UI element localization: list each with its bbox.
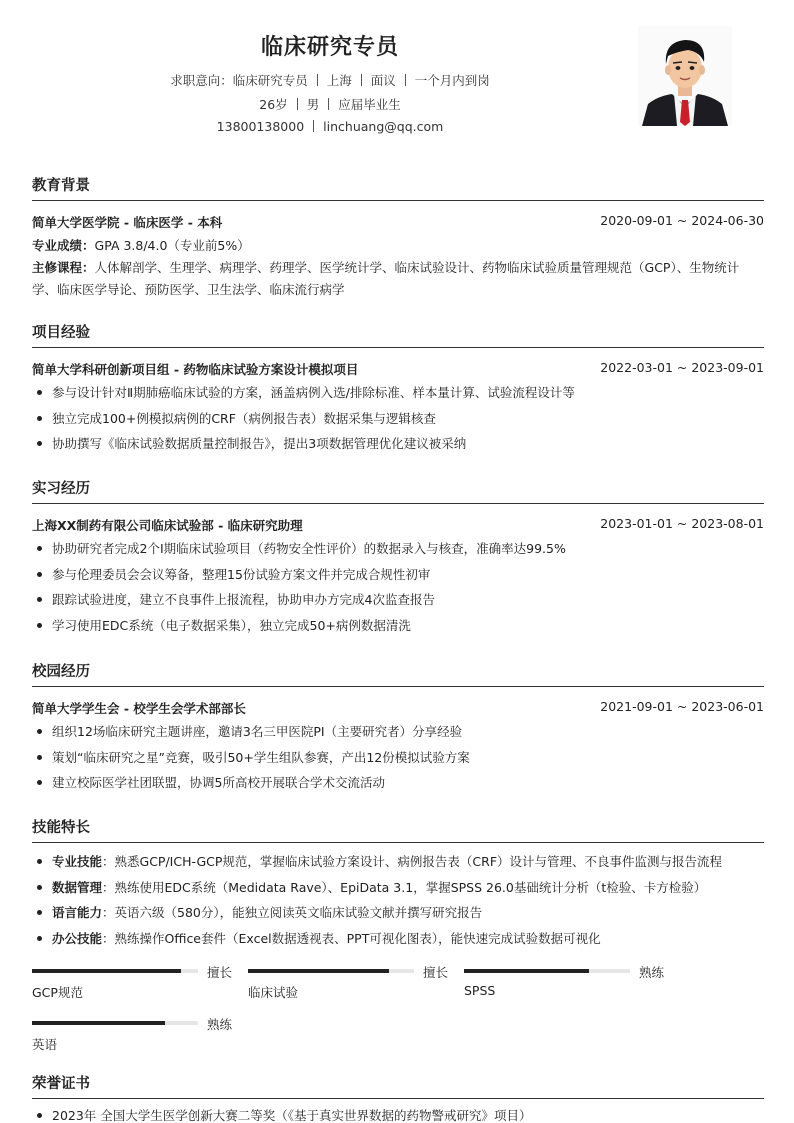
section-title: 技能特长 xyxy=(32,816,764,843)
school-degree: 简单大学医学院 - 临床医学 - 本科 xyxy=(32,213,222,231)
skill-level: 熟练 xyxy=(207,1015,232,1033)
internship-section: 实习经历 上海XX制药有限公司临床试验部 - 临床研究助理 2023-01-01… xyxy=(32,477,764,638)
honors-bullets: 2023年 全国大学生医学创新大赛二等奖（《基于真实世界数据的药物警戒研究》项目… xyxy=(32,1103,764,1123)
skill-text: ：熟悉GCP/ICH-GCP规范，掌握临床试验方案设计、病例报告表（CRF）设计… xyxy=(102,854,722,869)
list-item: 2023年 全国大学生医学创新大赛二等奖（《基于真实世界数据的药物警戒研究》项目… xyxy=(32,1103,764,1123)
avatar-portrait-icon xyxy=(638,26,732,126)
divider xyxy=(328,98,329,110)
divider xyxy=(313,120,314,132)
list-item: 协助研究者完成2个Ⅰ期临床试验项目（药物安全性评价）的数据录入与核查，准确率达9… xyxy=(32,536,764,562)
date-range: 2022-03-01 ~ 2023-09-01 xyxy=(600,360,764,378)
progress-track xyxy=(464,969,630,973)
skill-level: 熟练 xyxy=(639,963,664,981)
divider xyxy=(297,98,298,110)
section-title: 荣誉证书 xyxy=(32,1072,764,1099)
skill-name: GCP规范 xyxy=(32,983,83,1001)
resume-header: 临床研究专员 求职意向：临床研究专员上海面议一个月内到岗 26岁男应届毕业生 1… xyxy=(0,0,794,150)
avatar xyxy=(638,26,732,126)
salary: 面议 xyxy=(371,73,396,88)
divider xyxy=(317,74,318,86)
candidate-title: 临床研究专员 xyxy=(0,30,660,61)
skill-text: ：英语六级（580分），能独立阅读英文临床试验文献并撰写研究报告 xyxy=(102,905,482,920)
section-title: 项目经验 xyxy=(32,321,764,348)
honors-section: 荣誉证书 2023年 全国大学生医学创新大赛二等奖（《基于真实世界数据的药物警戒… xyxy=(32,1072,764,1123)
list-item: 策划“临床研究之星”竞赛，吸引50+学生组队参赛，产出12份模拟试验方案 xyxy=(32,745,764,771)
phone: 13800138000 xyxy=(217,119,304,134)
project-name: 简单大学科研创新项目组 - 药物临床试验方案设计模拟项目 xyxy=(32,360,358,378)
skill-bars: 擅长 GCP规范 擅长 临床试验 熟练 SPSS 熟练 英语 xyxy=(32,955,764,1065)
skills-section: 技能特长 专业技能：熟悉GCP/ICH-GCP规范，掌握临床试验方案设计、病例报… xyxy=(32,816,764,1065)
campus-entry-header: 简单大学学生会 - 校学生会学术部部长 2021-09-01 ~ 2023-06… xyxy=(32,699,764,717)
progress-track xyxy=(248,969,414,973)
education-section: 教育背景 简单大学医学院 - 临床医学 - 本科 2020-09-01 ~ 20… xyxy=(32,174,764,301)
section-title: 教育背景 xyxy=(32,174,764,201)
skill-text: ：熟练使用EDC系统（Medidata Rave）、EpiData 3.1，掌握… xyxy=(102,880,706,895)
internship-bullets: 协助研究者完成2个Ⅰ期临床试验项目（药物安全性评价）的数据录入与核查，准确率达9… xyxy=(32,536,764,638)
divider xyxy=(405,74,406,86)
section-title: 实习经历 xyxy=(32,477,764,504)
skill-name: SPSS xyxy=(464,983,495,998)
section-title: 校园经历 xyxy=(32,660,764,687)
project-entry-header: 简单大学科研创新项目组 - 药物临床试验方案设计模拟项目 2022-03-01 … xyxy=(32,360,764,378)
progress-fill xyxy=(32,1021,165,1025)
list-item: 数据管理：熟练使用EDC系统（Medidata Rave）、EpiData 3.… xyxy=(32,875,764,901)
campus-section: 校园经历 简单大学学生会 - 校学生会学术部部长 2021-09-01 ~ 20… xyxy=(32,660,764,796)
skill-label: 办公技能 xyxy=(52,931,102,946)
skills-bullets: 专业技能：熟悉GCP/ICH-GCP规范，掌握临床试验方案设计、病例报告表（CR… xyxy=(32,849,764,951)
education-entry-header: 简单大学医学院 - 临床医学 - 本科 2020-09-01 ~ 2024-06… xyxy=(32,213,764,231)
campus-bullets: 组织12场临床研究主题讲座，邀请3名三甲医院PI（主要研究者）分享经验 策划“临… xyxy=(32,719,764,796)
skill-name: 英语 xyxy=(32,1035,57,1053)
courses-label: 主修课程： xyxy=(32,260,95,275)
skill-text: ：熟练操作Office套件（Excel数据透视表、PPT可视化图表），能快速完成… xyxy=(102,931,601,946)
progress-fill xyxy=(248,969,389,973)
organization-role: 简单大学学生会 - 校学生会学术部部长 xyxy=(32,699,246,717)
availability: 一个月内到岗 xyxy=(415,73,490,88)
status: 应届毕业生 xyxy=(338,97,401,112)
company-role: 上海XX制药有限公司临床试验部 - 临床研究助理 xyxy=(32,516,303,534)
list-item: 参与设计针对Ⅱ期肺癌临床试验的方案，涵盖病例入选/排除标准、样本量计算、试验流程… xyxy=(32,380,764,406)
job-intent: 求职意向：临床研究专员 xyxy=(170,73,308,88)
courses-value: 人体解剖学、生理学、病理学、药理学、医学统计学、临床试验设计、药物临床试验质量管… xyxy=(32,260,739,297)
skill-level: 擅长 xyxy=(423,963,448,981)
date-range: 2023-01-01 ~ 2023-08-01 xyxy=(600,516,764,534)
personal-info-line: 26岁男应届毕业生 xyxy=(0,95,660,113)
skill-label: 语言能力 xyxy=(52,905,102,920)
email: linchuang@qq.com xyxy=(323,119,443,134)
list-item: 参与伦理委员会会议筹备，整理15份试验方案文件并完成合规性初审 xyxy=(32,562,764,588)
list-item: 语言能力：英语六级（580分），能独立阅读英文临床试验文献并撰写研究报告 xyxy=(32,900,764,926)
skill-label: 数据管理 xyxy=(52,880,102,895)
gender: 男 xyxy=(307,97,320,112)
list-item: 独立完成100+例模拟病例的CRF（病例报告表）数据采集与逻辑核查 xyxy=(32,406,764,432)
list-item: 协助撰写《临床试验数据质量控制报告》，提出3项数据管理优化建议被采纳 xyxy=(32,431,764,457)
list-item: 组织12场临床研究主题讲座，邀请3名三甲医院PI（主要研究者）分享经验 xyxy=(32,719,764,745)
progress-track xyxy=(32,969,198,973)
divider xyxy=(361,74,362,86)
project-bullets: 参与设计针对Ⅱ期肺癌临床试验的方案，涵盖病例入选/排除标准、样本量计算、试验流程… xyxy=(32,380,764,457)
gpa-label: 专业成绩： xyxy=(32,238,95,253)
progress-fill xyxy=(464,969,589,973)
age: 26岁 xyxy=(259,97,287,112)
gpa-value: GPA 3.8/4.0（专业前5%） xyxy=(95,238,250,253)
progress-fill xyxy=(32,969,181,973)
internship-entry-header: 上海XX制药有限公司临床试验部 - 临床研究助理 2023-01-01 ~ 20… xyxy=(32,516,764,534)
date-range: 2020-09-01 ~ 2024-06-30 xyxy=(600,213,764,231)
progress-track xyxy=(32,1021,198,1025)
skill-level: 擅长 xyxy=(207,963,232,981)
skill-label: 专业技能 xyxy=(52,854,102,869)
courses-line: 主修课程：人体解剖学、生理学、病理学、药理学、医学统计学、临床试验设计、药物临床… xyxy=(32,257,764,301)
gpa-line: 专业成绩：GPA 3.8/4.0（专业前5%） xyxy=(32,235,764,257)
job-intent-line: 求职意向：临床研究专员上海面议一个月内到岗 xyxy=(0,71,660,89)
skill-name: 临床试验 xyxy=(248,983,298,1001)
list-item: 办公技能：熟练操作Office套件（Excel数据透视表、PPT可视化图表），能… xyxy=(32,926,764,952)
list-item: 学习使用EDC系统（电子数据采集），独立完成50+病例数据清洗 xyxy=(32,613,764,639)
location: 上海 xyxy=(327,73,352,88)
list-item: 跟踪试验进度，建立不良事件上报流程，协助申办方完成4次监查报告 xyxy=(32,587,764,613)
project-section: 项目经验 简单大学科研创新项目组 - 药物临床试验方案设计模拟项目 2022-0… xyxy=(32,321,764,457)
list-item: 专业技能：熟悉GCP/ICH-GCP规范，掌握临床试验方案设计、病例报告表（CR… xyxy=(32,849,764,875)
list-item: 建立校际医学社团联盟，协调5所高校开展联合学术交流活动 xyxy=(32,770,764,796)
date-range: 2021-09-01 ~ 2023-06-01 xyxy=(600,699,764,717)
contact-line: 13800138000linchuang@qq.com xyxy=(0,119,660,134)
